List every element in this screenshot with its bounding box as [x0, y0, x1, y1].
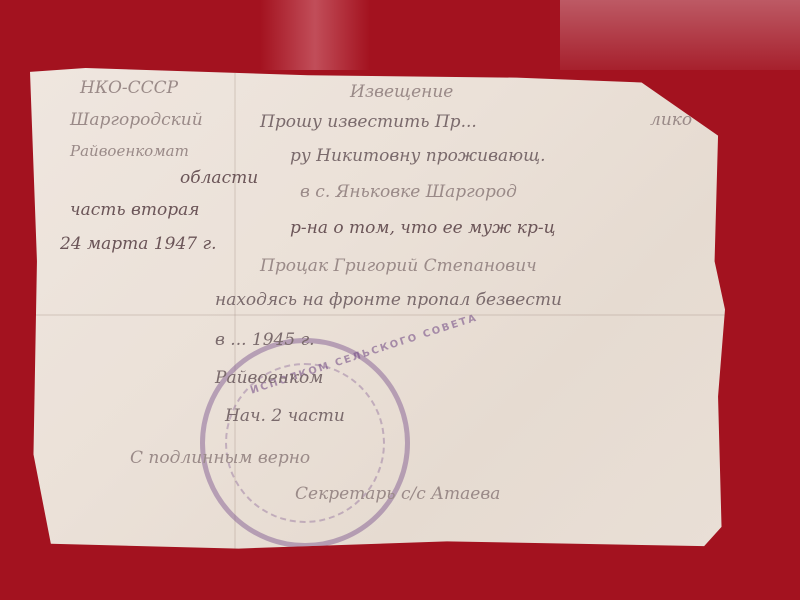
header-region: области	[180, 168, 258, 188]
header-district: Шаргородский	[70, 110, 203, 130]
signature-line-3: С подлинным верно	[130, 448, 310, 468]
signature-line-2: Нач. 2 части	[225, 406, 345, 426]
body-line-2: ру Никитовну проживающ.	[290, 146, 546, 166]
signature-line-1: Райвоенком	[215, 368, 323, 388]
body-line-3: в с. Яньковке Шаргород	[300, 182, 517, 202]
fold-crease	[30, 314, 725, 316]
header-org: НКО-СССР	[80, 78, 178, 98]
body-line-5: Процак Григорий Степанович	[260, 256, 537, 276]
body-line-6: находясь на фронте пропал безвести	[215, 290, 562, 310]
signature-line-4: Секретарь с/с Атаева	[295, 484, 500, 504]
light-glare	[560, 0, 800, 70]
body-line-1: Прошу известить Пр...	[260, 112, 477, 132]
header-date: 24 марта 1947 г.	[60, 234, 216, 254]
light-glare	[260, 0, 370, 70]
document-title: Извещение	[350, 82, 453, 102]
header-section: часть вторая	[70, 200, 200, 220]
body-line-7: в ... 1945 г.	[215, 330, 315, 350]
margin-note: лико	[650, 110, 692, 130]
document-paper: ИСПОЛКОМ СЕЛЬСКОГО СОВЕТА НКО-СССР Шарго…	[30, 68, 725, 551]
header-office: Райвоенкомат	[70, 142, 189, 160]
body-line-4: р-на о том, что ее муж кр-ц	[290, 218, 555, 238]
